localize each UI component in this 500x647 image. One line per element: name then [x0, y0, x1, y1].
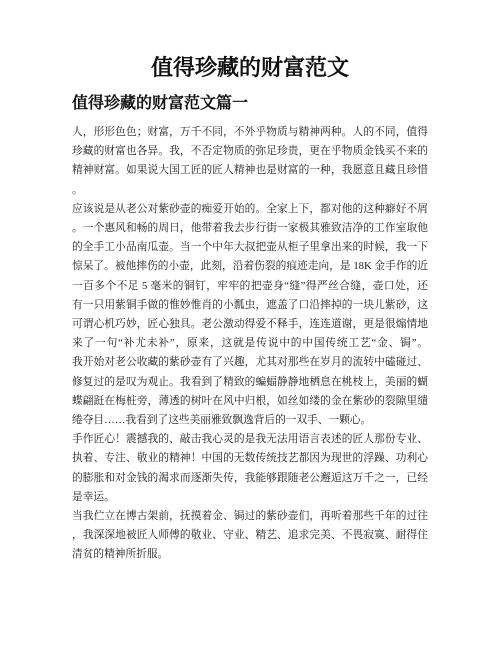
paragraph: 当我伫立在博古架前，抚摸着金、锔过的紫砂壶们，再听着那些千年的过往，我深深地被匠…: [72, 507, 428, 565]
text-line: 执着、专注、敬业的精神！中国的无数传统技艺都因为现世的浮躁、功利心: [72, 449, 428, 468]
document-body: 人，形形色色；财富，万千不同，不外乎物质与精神两种。人的不同，值得珍藏的财富也各…: [72, 123, 428, 565]
text-line: 的膨胀和对金钱的渴求而逐渐失传，我能够跟随老公邂逅这万千之一，已经: [72, 469, 428, 488]
text-line: 绻夺目……我看到了这些美丽雅致飘逸背后的一双手、一颗心。: [72, 411, 428, 430]
section-heading: 值得珍藏的财富范文篇一: [72, 93, 428, 115]
text-line: 一百多个不足 5 毫米的铜钉，牢牢的把壶身“缝”得严丝合缝，壶口处，还: [72, 277, 428, 296]
text-line: 修复过的是叹为观止。我看到了精致的蝙蝠静静地栖息在桃枝上，美丽的蝴: [72, 373, 428, 392]
text-line: 可谓心机巧妙，匠心独具。老公激动得爱不释手，连连道谢，更是很煽情地: [72, 315, 428, 334]
text-line: 清贫的精神所折服。: [72, 545, 428, 564]
text-line: 的全手工小品南瓜壶。当一个中年大叔把壶从柜子里拿出来的时候，我一下: [72, 238, 428, 257]
text-line: 来了一句“补尤未补”，原来，这就是传说中的中国传统工艺“金、锔”。: [72, 334, 428, 353]
paragraph: 应该说是从老公对紫砂壶的痴爱开始的。全家上下，都对他的这种癖好不屑。一个惠风和畅…: [72, 200, 428, 430]
text-line: 人，形形色色；财富，万千不同，不外乎物质与精神两种。人的不同，值得: [72, 123, 428, 142]
text-line: 精神财富。如果说大国工匠的匠人精神也是财富的一种，我愿意且藏且珍惜: [72, 161, 428, 180]
text-line: 。: [72, 181, 428, 200]
text-line: 手作匠心！震撼我的、敲击我心灵的是我无法用语言表述的匠人那份专业、: [72, 430, 428, 449]
text-line: 蝶翩跹在梅桩旁，薄透的树叶在风中归根，如丝如缕的金在紫砂的裂隙里缱: [72, 392, 428, 411]
text-line: 我开始对老公收藏的紫砂壶有了兴趣，尤其对那些在岁月的流转中磕碰过、: [72, 353, 428, 372]
text-line: 。一个惠风和畅的周日，他带着我去步行街一家极其雅致洁净的工作室取他: [72, 219, 428, 238]
text-line: ，我深深地被匠人师傅的敬业、守业、精艺、追求完美、不畏寂寞、耐得住: [72, 526, 428, 545]
text-line: 珍藏的财富也各异。我，不否定物质的弥足珍贵，更在乎物质金钱买不来的: [72, 142, 428, 161]
document-title: 值得珍藏的财富范文: [72, 0, 428, 82]
document-page: 值得珍藏的财富范文 值得珍藏的财富范文篇一 人，形形色色；财富，万千不同，不外乎…: [0, 0, 500, 647]
text-line: 当我伫立在博古架前，抚摸着金、锔过的紫砂壶们，再听着那些千年的过往: [72, 507, 428, 526]
text-line: 应该说是从老公对紫砂壶的痴爱开始的。全家上下，都对他的这种癖好不屑: [72, 200, 428, 219]
text-line: 是幸运。: [72, 488, 428, 507]
paragraph: 人，形形色色；财富，万千不同，不外乎物质与精神两种。人的不同，值得珍藏的财富也各…: [72, 123, 428, 200]
text-line: 惊呆了。被他摔伤的小壶，此刻，沿着伤裂的痕迹走向，是 18K 金手作的近: [72, 257, 428, 276]
paragraph: 手作匠心！震撼我的、敲击我心灵的是我无法用语言表述的匠人那份专业、执着、专注、敬…: [72, 430, 428, 507]
text-line: 有一只用紫铜手做的惟妙惟肖的小瓢虫，遮盖了口沿摔掉的一块儿紫砂，这: [72, 296, 428, 315]
